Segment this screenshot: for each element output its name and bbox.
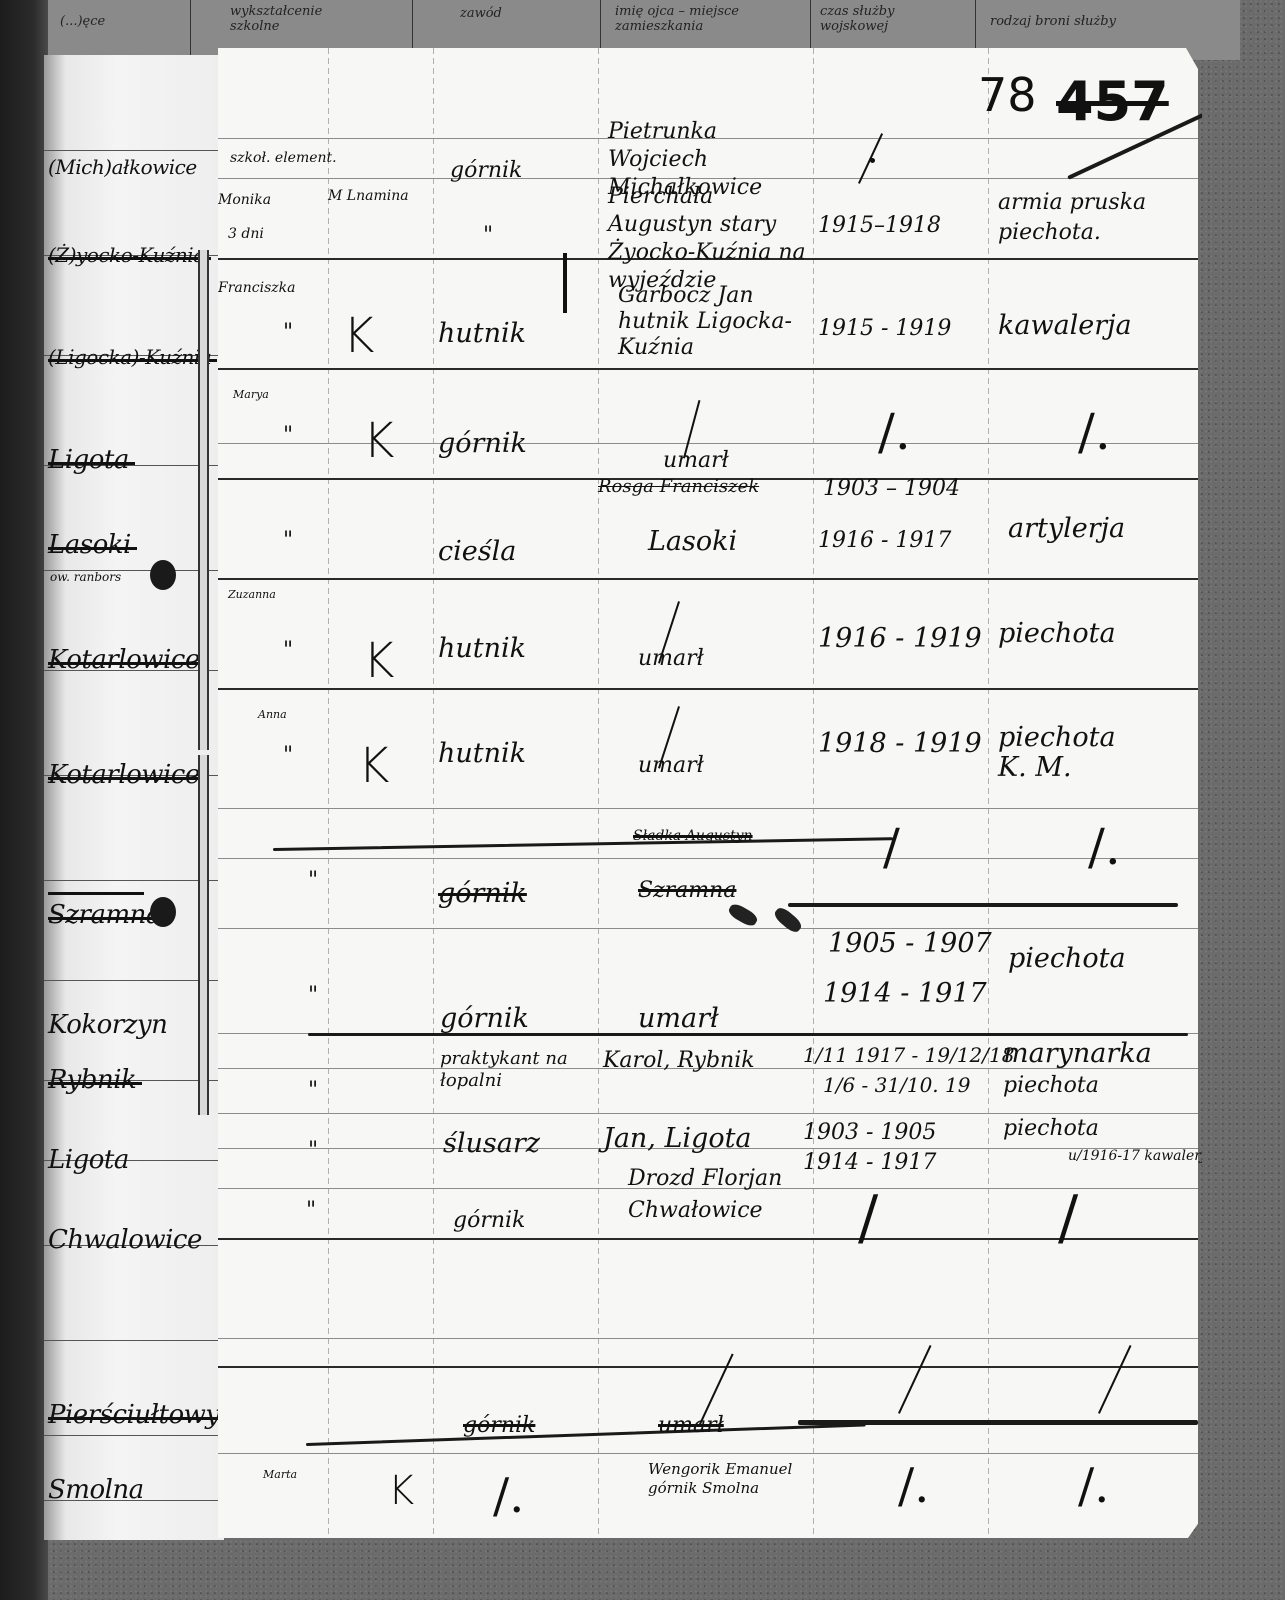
school: " [283, 320, 293, 345]
k-mark: K [343, 308, 374, 364]
place-name: Kokorzyn [48, 1010, 167, 1040]
mother-name: Franciszka [218, 280, 295, 296]
strikeout-stroke [308, 1033, 1188, 1036]
under-header-col-1: (...)ęce [60, 14, 105, 29]
under-header-col-4: imię ojca – miejsce zamieszkania [615, 4, 815, 34]
place-name: Kotarlowice [48, 645, 200, 675]
occupation-none: /. [493, 1468, 524, 1524]
mother-name: Marya [233, 388, 269, 401]
service-years-2: 1914 - 1917 [803, 1150, 936, 1175]
occupation: górnik [438, 428, 527, 459]
place-name: (Ż)yocko-Kuźnia [48, 243, 205, 267]
service-years: 1915 - 1919 [818, 316, 951, 341]
branch: marynarka [1003, 1038, 1152, 1069]
paper-fold [198, 250, 209, 750]
branch: piechota [998, 618, 1116, 649]
father-info: umarł [663, 448, 729, 473]
service-years: 1916 - 1917 [818, 528, 951, 553]
punch-hole [150, 897, 176, 927]
place-name: (Ligocka)-Kuźnia [48, 345, 211, 369]
occupation-ditto: " [483, 223, 493, 248]
bracket-stroke [563, 253, 567, 313]
ink-smudge [727, 901, 760, 928]
place-name: Rybnik [48, 1065, 136, 1095]
service-years-none: /. [898, 1458, 929, 1514]
place-name: Kotarlowice [48, 760, 200, 790]
place-name: Chwalowice [48, 1225, 202, 1255]
branch-none: / [1058, 1183, 1078, 1253]
k-mark: K [388, 1468, 414, 1514]
branch-2: u/1916-17 kawalerja [1068, 1148, 1214, 1164]
service-years-above: 1903 – 1904 [823, 476, 960, 501]
place-name: Szramna [48, 900, 161, 930]
branch-none: /. [1088, 818, 1121, 876]
remark: M Lnamina [328, 188, 409, 204]
father-info: umarł [658, 1413, 724, 1438]
service-years-2: 1/6 - 31/10. 19 [823, 1073, 970, 1097]
branch-2: piechota [1003, 1073, 1099, 1098]
service-years: 1903 - 1905 [803, 1120, 936, 1145]
school: " [306, 1198, 316, 1223]
place-name: Ligota [48, 445, 129, 475]
father-info: Karol, Rybnik [603, 1048, 755, 1073]
strikeout-stroke [798, 1420, 1198, 1425]
service-years: 1915–1918 [818, 213, 941, 238]
under-header-col-5: czas służby wojskowej [820, 4, 960, 34]
binding-shadow [0, 0, 48, 1600]
mother-name: Anna [258, 708, 287, 721]
father-info: Sładka Augustyn [633, 828, 753, 844]
register-sheet: 78 457 szkoł. element. M Lnamina Monika … [218, 48, 1198, 1538]
strikeout-stroke [306, 1423, 866, 1446]
branch: artylerja [1008, 513, 1125, 544]
k-mark: K [363, 413, 394, 469]
branch: piechota [1003, 1116, 1099, 1141]
ink-smudge [772, 905, 804, 935]
column-divider [988, 48, 989, 1538]
father-info: umarł [638, 646, 704, 671]
occupation: górnik [450, 158, 522, 183]
service-years: 1914 - 1917 [823, 978, 987, 1009]
mother-name: Zuzanna [228, 588, 276, 601]
service-years: 1905 - 1907 [828, 928, 992, 959]
occupation: hutnik [438, 738, 526, 769]
service-years: 1918 - 1919 [818, 728, 982, 759]
occupation: cieśla [438, 536, 516, 567]
punch-hole [150, 560, 176, 590]
father-info: Wengorik Emanuel górnik Smolna [648, 1460, 823, 1498]
service-years-none: / [883, 818, 900, 876]
service-years: 1916 - 1919 [818, 623, 982, 654]
dash-dot [870, 158, 875, 163]
paper-fold [198, 755, 209, 1115]
k-mark: K [358, 738, 389, 794]
mother-name: Marta [263, 1468, 297, 1481]
school: " [308, 1138, 318, 1163]
branch: kawalerja [998, 310, 1132, 341]
under-header-col-6: rodzaj broni służby [990, 14, 1116, 29]
school: " [283, 638, 293, 663]
service-years-none: / [858, 1183, 878, 1253]
branch: piechota [1008, 943, 1126, 974]
occupation: praktykant na łopalni [440, 1048, 580, 1092]
branch: armia pruska piechota. [998, 188, 1178, 248]
column-divider [328, 48, 329, 1538]
place-name: Ligota [48, 1145, 129, 1175]
father-info: Jan, Ligota [603, 1123, 752, 1154]
school: " [283, 528, 293, 553]
place-name: Lasoki [48, 530, 131, 560]
strikeout-stroke [788, 903, 1178, 907]
column-divider [598, 48, 599, 1538]
school: 3 dni [228, 226, 264, 242]
dash-mark [1098, 1345, 1132, 1414]
branch-none: /. [1078, 403, 1111, 461]
under-header-col-2: wykształcenie szkolne [230, 4, 370, 34]
service-years: 1/11 1917 - 19/12/18 [803, 1043, 1014, 1067]
place-name: (Mich)ałkowice [48, 155, 197, 179]
old-page-number: 457 [1056, 70, 1169, 133]
k-mark: K [363, 633, 394, 689]
left-strip-previous-page: (Mich)ałkowice (Ż)yocko-Kuźnia (Ligocka)… [44, 55, 224, 1540]
father-info-above: Rosga Franciszek [598, 476, 759, 497]
occupation: górnik [463, 1413, 535, 1438]
strikeout-stroke [273, 837, 893, 851]
father-info: umarł [638, 753, 704, 778]
school: " [283, 423, 293, 448]
father-info: Szramna [638, 878, 736, 903]
service-years-none: /. [878, 403, 911, 461]
place-name: Smolna [48, 1475, 144, 1505]
mother-name: Monika [218, 192, 271, 208]
occupation: hutnik [438, 318, 526, 349]
father-info: Lasoki [648, 526, 737, 557]
father-info-2: Pierchała Augustyn stary Żyocko-Kuźnia n… [608, 183, 818, 295]
under-header-col-3: zawód [460, 6, 502, 21]
father-info: umarł [638, 1003, 719, 1034]
school: " [308, 868, 318, 893]
dash-mark [898, 1345, 932, 1414]
place-name: Pierściułtowy [48, 1400, 220, 1430]
school-note: szkoł. element. [230, 150, 337, 166]
occupation: górnik [453, 1208, 525, 1233]
occupation: hutnik [438, 633, 526, 664]
father-info: Garbocz Jan hutnik Ligocka-Kuźnia [618, 283, 813, 361]
place-subnote: ow. ranbors [50, 570, 121, 584]
school: " [308, 1078, 318, 1103]
father-info: Drozd Florjan Chwałowice [628, 1163, 818, 1227]
school: " [283, 743, 293, 768]
occupation: ślusarz [443, 1128, 540, 1159]
occupation: górnik [440, 1003, 529, 1034]
school: " [308, 983, 318, 1008]
branch: piechota K. M. [998, 723, 1148, 783]
column-divider [433, 48, 434, 1538]
page-number: 78 [978, 68, 1037, 122]
branch-none: /. [1078, 1458, 1109, 1514]
occupation: górnik [438, 878, 527, 909]
